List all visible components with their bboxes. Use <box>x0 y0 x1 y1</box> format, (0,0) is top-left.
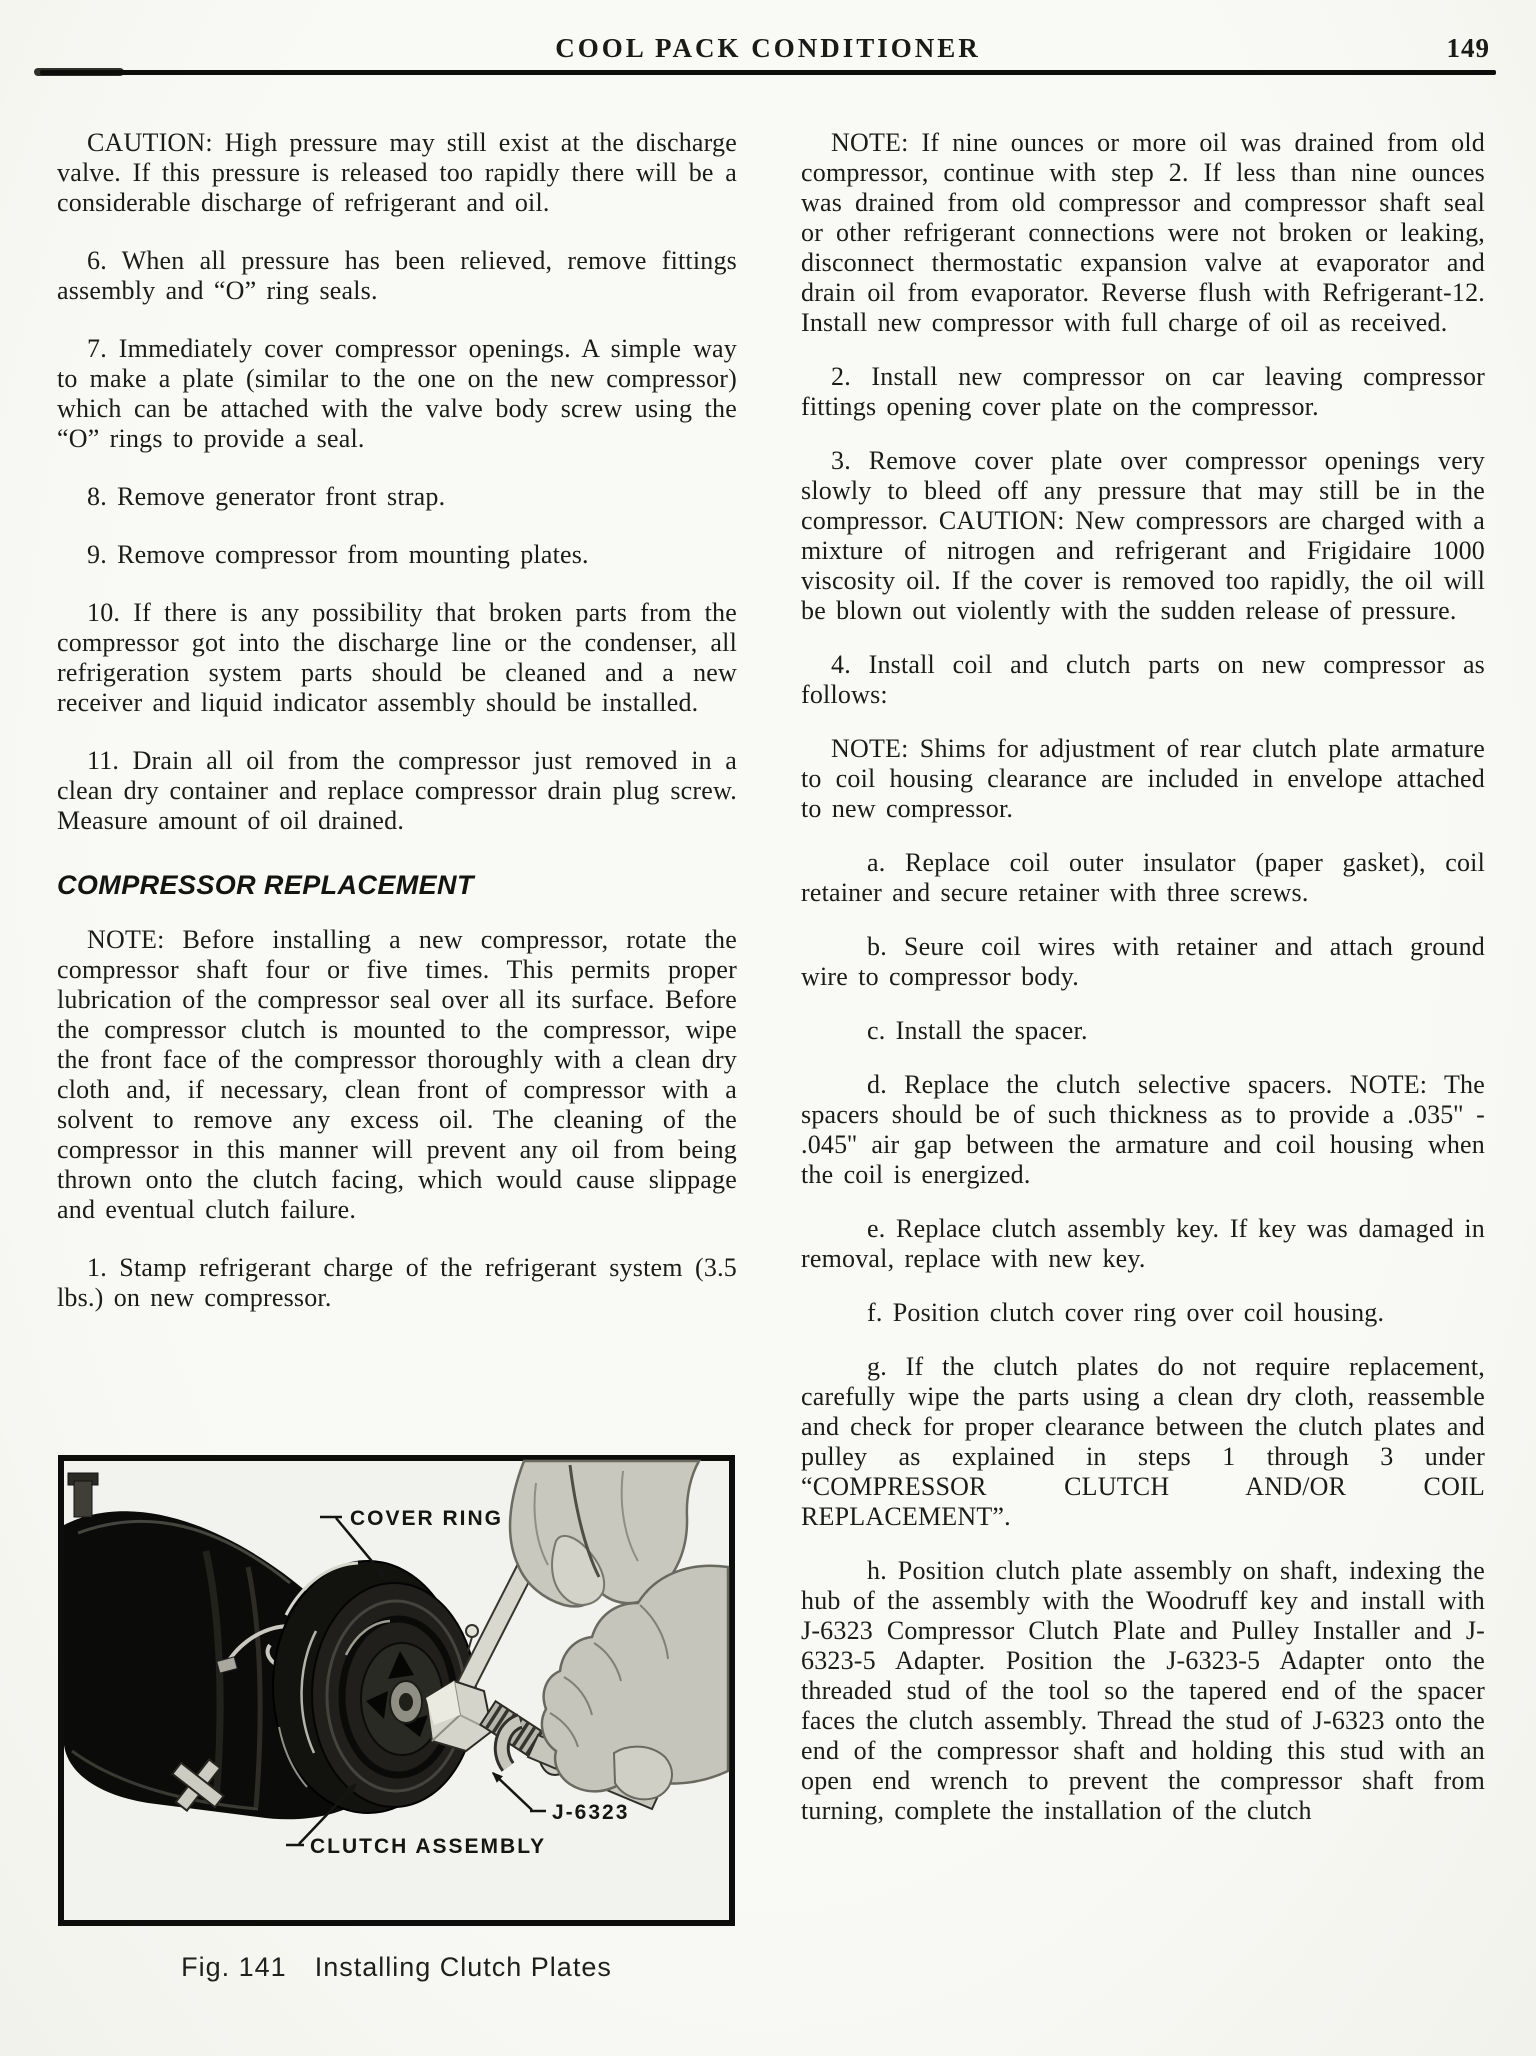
step-9: 9. Remove compressor from mounting plate… <box>57 540 737 570</box>
substep-e: e. Replace clutch assembly key. If key w… <box>801 1214 1485 1274</box>
substep-a: a. Replace coil outer insulator (paper g… <box>801 848 1485 908</box>
label-clutch-assembly: CLUTCH ASSEMBLY <box>310 1835 546 1858</box>
step-1: 1. Stamp refrigerant charge of the refri… <box>57 1253 737 1313</box>
right-column: NOTE: If nine ounces or more oil was dra… <box>801 128 1485 1826</box>
step-3: 3. Remove cover plate over compressor op… <box>801 446 1485 626</box>
step-8: 8. Remove generator front strap. <box>57 482 737 512</box>
substep-f: f. Position clutch cover ring over coil … <box>801 1298 1485 1328</box>
figure-installing-clutch-plates: COVER RING J-6323 CLUTCH ASSEMBLY <box>58 1455 735 1926</box>
note-oil-drained: NOTE: If nine ounces or more oil was dra… <box>801 128 1485 338</box>
label-cover-ring: COVER RING <box>350 1507 503 1530</box>
note-before-installing: NOTE: Before installing a new compressor… <box>57 925 737 1225</box>
label-j-6323: J-6323 <box>552 1801 629 1824</box>
step-6: 6. When all pressure has been relieved, … <box>57 246 737 306</box>
note-shims: NOTE: Shims for adjustment of rear clutc… <box>801 734 1485 824</box>
substep-h: h. Position clutch plate assembly on sha… <box>801 1556 1485 1826</box>
substep-c: c. Install the spacer. <box>801 1016 1485 1046</box>
page-number: 149 <box>1447 33 1491 64</box>
page-title: COOL PACK CONDITIONER <box>0 33 1536 64</box>
section-heading-compressor-replacement: COMPRESSOR REPLACEMENT <box>57 870 737 901</box>
step-4: 4. Install coil and clutch parts on new … <box>801 650 1485 710</box>
substep-g: g. If the clutch plates do not require r… <box>801 1352 1485 1532</box>
figure-illustration: COVER RING J-6323 CLUTCH ASSEMBLY <box>58 1455 735 1926</box>
step-2: 2. Install new compressor on car leaving… <box>801 362 1485 422</box>
figure-caption-number: Fig. 141 <box>181 1952 287 1983</box>
caution-paragraph: CAUTION: High pressure may still exist a… <box>57 128 737 218</box>
left-column: CAUTION: High pressure may still exist a… <box>57 128 737 1313</box>
figure-caption-title: Installing Clutch Plates <box>315 1952 612 1983</box>
substep-d: d. Replace the clutch selective spacers.… <box>801 1070 1485 1190</box>
header-rule <box>40 70 1496 75</box>
figure-caption: Fig. 141 Installing Clutch Plates <box>58 1952 735 1983</box>
step-11: 11. Drain all oil from the compressor ju… <box>57 746 737 836</box>
manual-page: COOL PACK CONDITIONER 149 CAUTION: High … <box>0 0 1536 2056</box>
step-10: 10. If there is any possibility that bro… <box>57 598 737 718</box>
substep-b: b. Seure coil wires with retainer and at… <box>801 932 1485 992</box>
step-7: 7. Immediately cover compressor openings… <box>57 334 737 454</box>
